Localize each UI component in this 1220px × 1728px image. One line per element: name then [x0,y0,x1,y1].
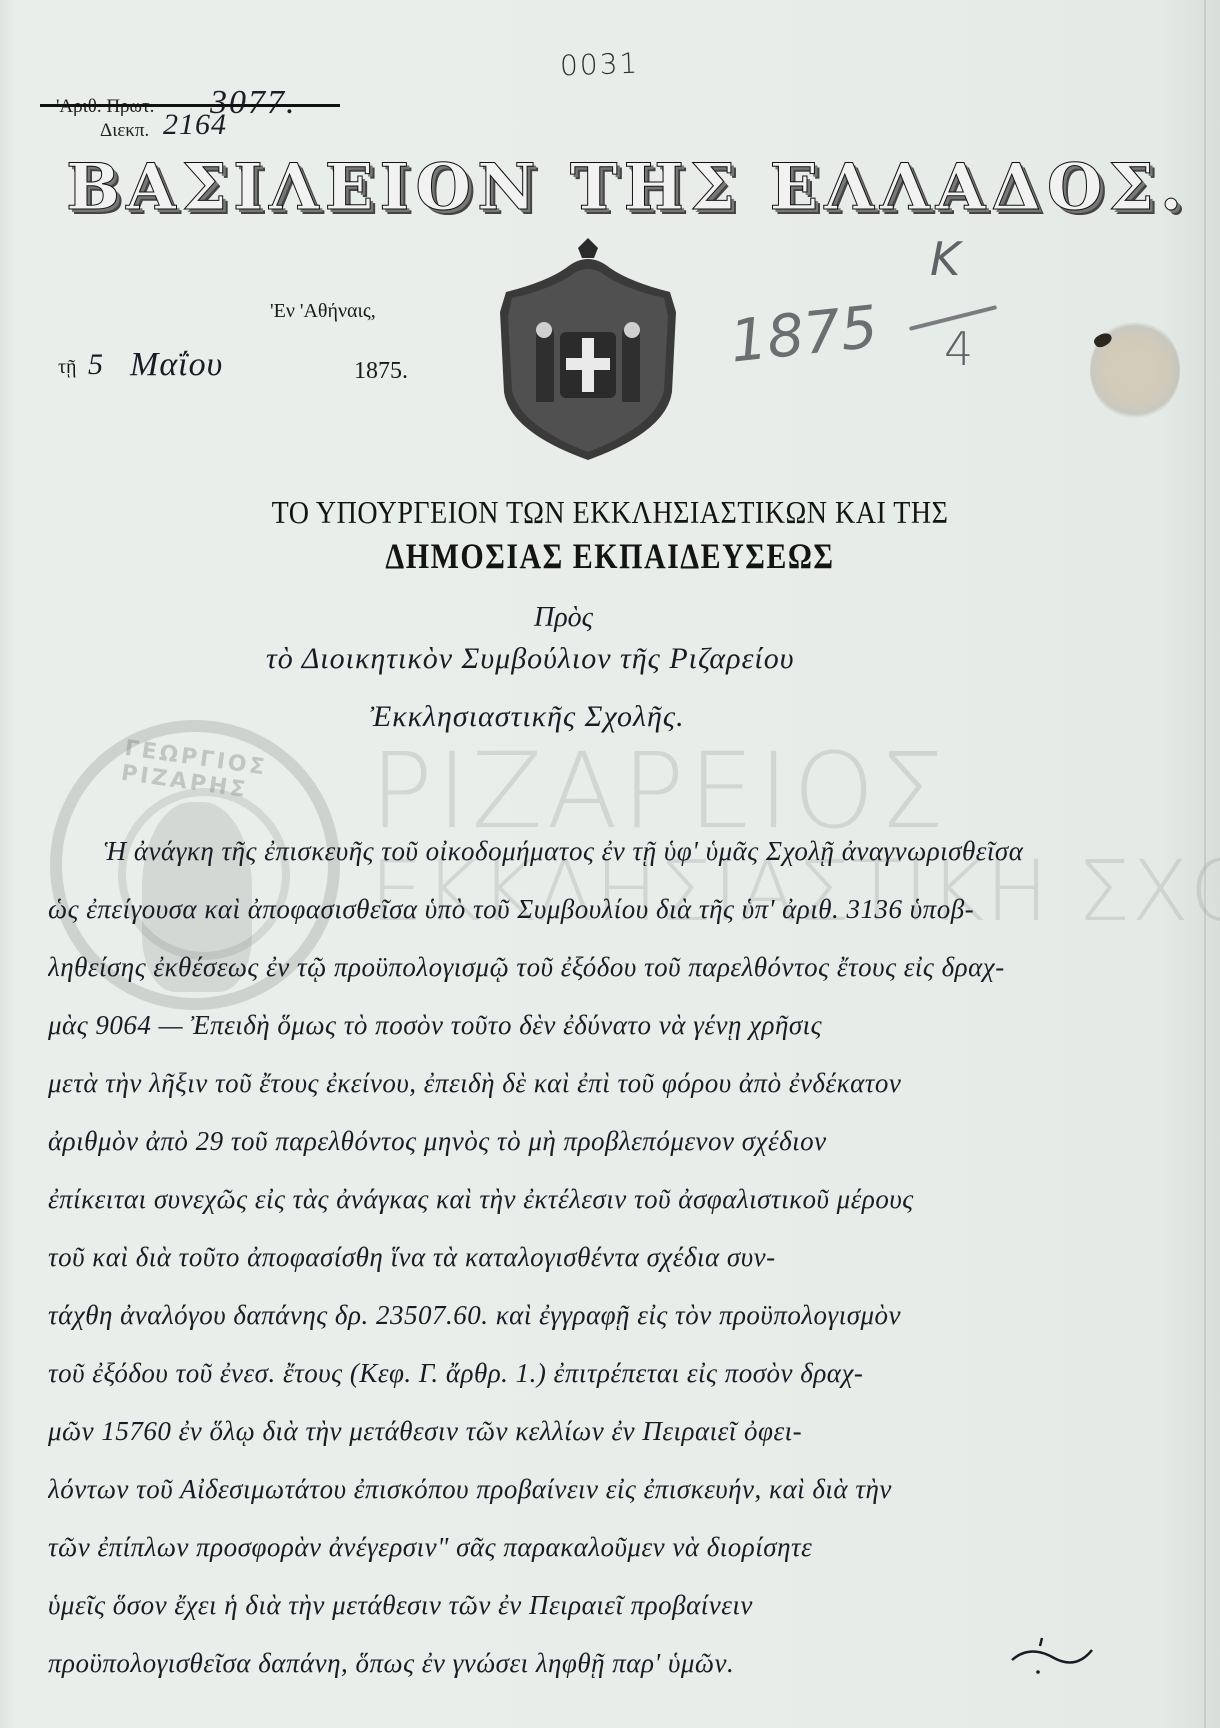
header-word-3: ΕΛΛΑΔΟΣ. [769,150,1188,225]
body-line: μετὰ τὴν λῆξιν τοῦ ἔτους ἐκείνου, ἐπειδὴ… [48,1054,1208,1112]
date-month: Μαΐου [130,346,223,384]
recipient-line2: Ἐκκλησιαστικῆς Σχολῆς. [370,700,685,734]
body-line: ληθείσης ἐκθέσεως ἐν τῷ προϋπολογισμῷ το… [48,938,1208,996]
date-year: 1875. [354,358,408,385]
paper-stain [1090,320,1180,420]
protocol-number-label: 'Αριθ. Πρωτ. [56,96,154,118]
pencil-fraction-top: Κ [930,232,960,286]
header-word-2: ΤΗΣ [570,150,741,225]
body-line: Ἡ ἀνάγκη τῆς ἐπισκευῆς τοῦ οἰκοδομήματος… [48,822,1208,880]
body-line: ὑμεῖς ὅσον ἔχει ἡ διὰ τὴν μετάθεσιν τῶν … [48,1576,1208,1634]
body-line: τοῦ καὶ διὰ τοῦτο ἀποφασίσθη ἵνα τὰ κατα… [48,1228,1208,1286]
body-line: ὡς ἐπείγουσα καὶ ἀποφασισθεῖσα ὑπὸ τοῦ Σ… [48,880,1208,938]
body-line: μῶν 15760 ἐν ὅλῳ διὰ τὴν μετάθεσιν τῶν κ… [48,1402,1208,1460]
body-line: ἀριθμὸν ἀπὸ 29 τοῦ παρελθόντος μηνὸς τὸ … [48,1112,1208,1170]
body-line: λόντων τοῦ Αἰδεσιμωτάτου ἐπισκόπου προβα… [48,1460,1208,1518]
body-line: τῶν ἐπίπλων προσφορὰν ἀνέγερσιν" σᾶς παρ… [48,1518,1208,1576]
ministry-title-line1: ΤΟ ΥΠΟΥΡΓΕΙΟΝ ΤΩΝ ΕΚΚΛΗΣΙΑΣΤΙΚΩΝ ΚΑΙ ΤΗΣ [0,496,1220,533]
coat-of-arms-icon [486,232,690,464]
kingdom-header-title: ΒΑΣΙΛΕΙΟΝ ΤΗΣ ΕΛΛΑΔΟΣ. [66,150,1096,225]
place-line: 'Εν 'Αθήναις, [270,300,376,323]
date-day: 5 [88,348,103,382]
body-line: τάχθη ἀναλόγου δαπάνης δρ. 23507.60. καὶ… [48,1286,1208,1344]
protocol-divider [40,104,340,107]
document-page: 0031 'Αριθ. Πρωτ. 3077. Διεκπ. 2164 ΒΑΣΙ… [0,0,1220,1728]
recipient-to: Πρὸς [534,602,593,634]
dispatch-number-label: Διεκπ. [100,120,149,142]
body-line: τοῦ ἐξόδου τοῦ ἐνεσ. ἔτους (Κεφ. Γ. ἄρθρ… [48,1344,1208,1402]
recipient-line1: τὸ Διοικητικὸν Συμβούλιον τῆς Ριζαρείου [266,642,795,676]
date-prefix: τῇ [58,356,77,379]
dispatch-number-value: 2164 [163,108,227,142]
header-word-1: ΒΑΣΙΛΕΙΟΝ [66,150,542,225]
letter-body: Ἡ ἀνάγκη τῆς ἐπισκευῆς τοῦ οἰκοδομήματος… [48,822,1208,1692]
archive-number: 0031 [559,47,639,83]
pencil-fraction-bottom: 4 [944,322,973,376]
body-line: μὰς 9064 — Ἐπειδὴ ὅμως τὸ ποσὸν τοῦτο δὲ… [48,996,1208,1054]
signature-flourish-icon [1010,1630,1100,1680]
pencil-year-annotation: 1875 [727,292,881,375]
body-line: ἐπίκειται συνεχῶς εἰς τὰς ἀνάγκας καὶ τὴ… [48,1170,1208,1228]
ministry-title-line2: ΔΗΜΟΣΙΑΣ ΕΚΠΑΙΔΕΥΣΕΩΣ [0,537,1220,578]
